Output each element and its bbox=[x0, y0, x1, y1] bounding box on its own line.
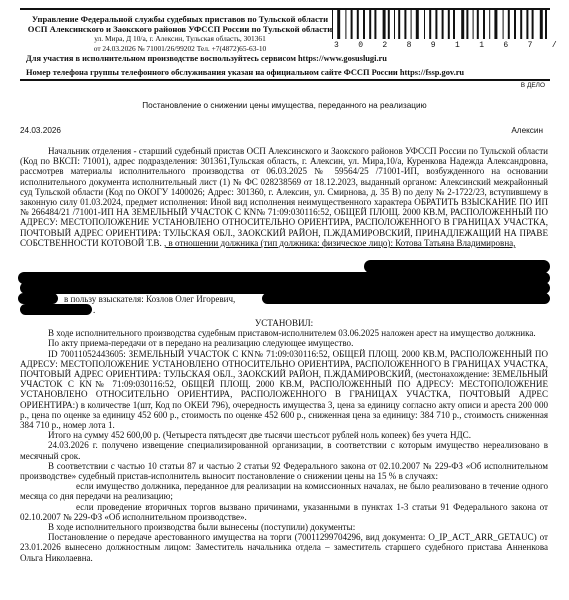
doc-reference: от 24.03.2026 № 71001/26/99202 Тел. +7(4… bbox=[20, 44, 340, 54]
paragraph: В ходе исполнительного производства суде… bbox=[20, 328, 548, 338]
barcode bbox=[332, 8, 550, 42]
file-stamp: В ДЕЛО bbox=[521, 82, 545, 89]
org-address: ул. Мира, Д 10/а, г. Алексин, Тульская о… bbox=[20, 34, 340, 44]
debtor-info: , в отношении должника (тип должника: фи… bbox=[164, 238, 515, 248]
org-name-line1: Управление Федеральной службы судебных п… bbox=[20, 14, 340, 24]
barcode-number: 3 0 2 8 9 1 1 6 7 / 7 1 0 1 bbox=[334, 41, 550, 50]
property-description: ID 70011052443605: ЗЕМЕЛЬНЫЙ УЧАСТОК С К… bbox=[20, 349, 548, 431]
total-sum: Итого на сумму 452 600,00 р. (Четыреста … bbox=[20, 430, 548, 440]
header-bottom-rule bbox=[20, 79, 550, 81]
claimant-line: в пользу взыскателя: Козлов Олег Игореви… bbox=[64, 294, 264, 304]
phone-notice: Номер телефона группы телефонного обслуж… bbox=[26, 68, 464, 77]
intro-text: Начальник отделения - старший судебный п… bbox=[20, 146, 548, 248]
intro-section: Начальник отделения - старший судебный п… bbox=[20, 146, 548, 248]
documents-intro: В ходе исполнительного производства были… bbox=[20, 522, 548, 532]
paragraph: 24.03.2026 г. получено извещение специал… bbox=[20, 440, 548, 460]
redaction bbox=[262, 293, 550, 304]
period: . bbox=[93, 305, 103, 315]
redaction bbox=[20, 304, 92, 315]
case-item: если проведение вторичных торгов вызвано… bbox=[20, 502, 548, 522]
paragraph: По акту приема-передачи от в передано на… bbox=[20, 338, 548, 348]
document-date: 24.03.2026 bbox=[20, 126, 61, 135]
document-city: Алексин bbox=[511, 126, 543, 135]
redaction bbox=[18, 293, 58, 304]
case-item: если имущество должника, переданное для … bbox=[20, 481, 548, 501]
established-heading: УСТАНОВИЛ: bbox=[20, 318, 548, 328]
document-page: Управление Федеральной службы судебных п… bbox=[0, 0, 569, 600]
document-item: Постановление о передаче арестованного и… bbox=[20, 532, 548, 563]
legal-basis: В соответствии с частью 10 статьи 87 и ч… bbox=[20, 461, 548, 481]
claimant: в пользу взыскателя: Козлов Олег Игореви… bbox=[64, 294, 235, 304]
gosuslugi-notice: Для участия в исполнительном производств… bbox=[26, 54, 387, 63]
org-name-line2: ОСП Алексинского и Заокского районов УФС… bbox=[20, 24, 340, 34]
issuer-header: Управление Федеральной службы судебных п… bbox=[20, 14, 340, 54]
document-title: Постановление о снижении цены имущества,… bbox=[0, 101, 569, 110]
established-section: УСТАНОВИЛ: В ходе исполнительного произв… bbox=[20, 318, 548, 563]
intro-paragraph: Начальник отделения - старший судебный п… bbox=[20, 146, 548, 248]
